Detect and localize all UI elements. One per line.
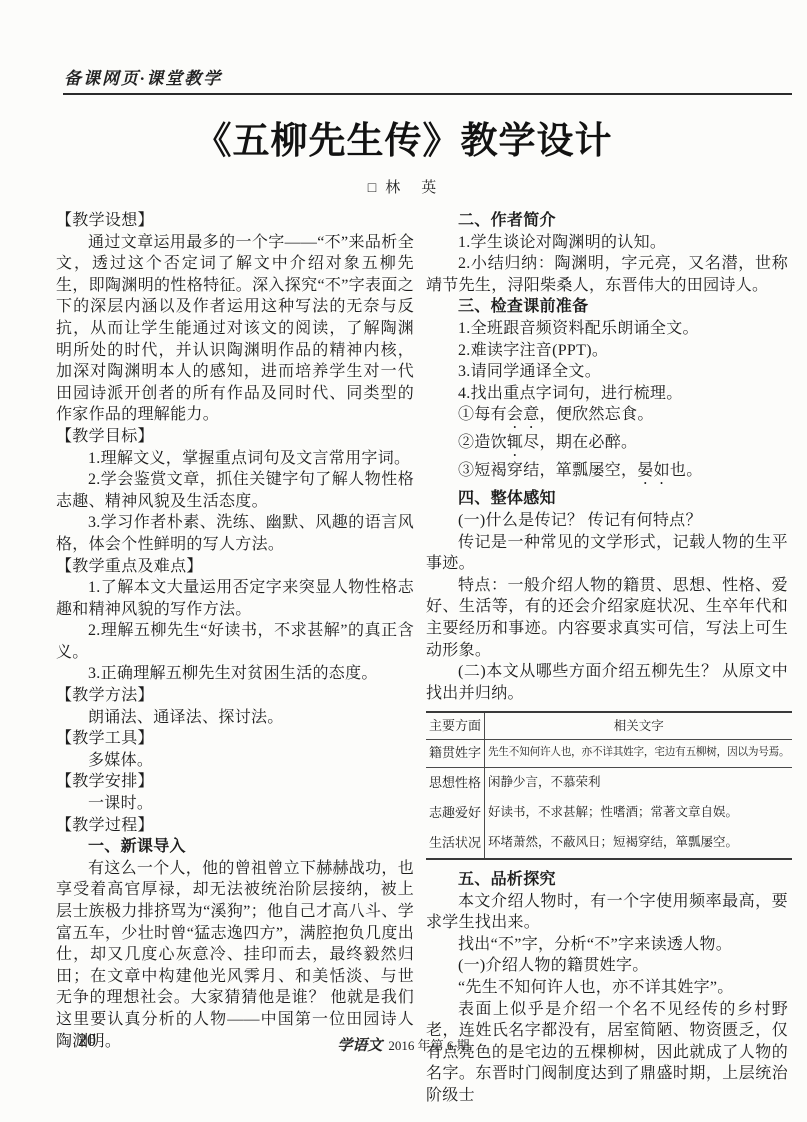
paragraph: 朗诵法、通译法、探讨法。 — [56, 707, 414, 729]
section-heading: 二、作者简介 — [426, 210, 788, 232]
paragraph: 本文介绍人物时，有一个字使用频率最高，要求学生找出来。 — [426, 891, 788, 934]
table-value-cell: 环堵萧然，不蔽风日；短褐穿结，箪瓢屡空。 — [485, 828, 793, 859]
table-label-cell: 思想性格 — [426, 767, 485, 798]
table-label-cell: 生活状况 — [426, 828, 485, 859]
journal-name: 学语文 — [337, 1038, 382, 1054]
list-item: 2.学会鉴赏文章，抓住关键字句了解人物性格志趣、精神风貌及生活态度。 — [56, 469, 414, 512]
section-heading: 五、品析探究 — [426, 869, 788, 891]
emphasized-text: 会意 — [507, 406, 540, 423]
paragraph: (一)介绍人物的籍贯姓字。 — [426, 955, 788, 977]
journal-footer: 学语文2016 年第 6 期 — [0, 1034, 807, 1055]
author-name: 林 英 — [385, 180, 439, 196]
journal-page: 备课网页·课堂教学 《五柳先生传》教学设计 □林 英 【教学设想】 通过文章运用… — [0, 0, 807, 1122]
header-rule — [63, 93, 792, 95]
paragraph: “先生不知何许人也，亦不详其姓字”。 — [426, 977, 788, 999]
list-item: 3.学习作者朴素、洗练、幽默、风趣的语言风格，体会个性鲜明的写人方法。 — [56, 512, 414, 555]
list-item: 1.学生谈论对陶渊明的认知。 — [426, 232, 788, 254]
section-heading: 三、检查课前准备 — [426, 296, 788, 318]
emphasized-text: 晏如 — [637, 462, 670, 479]
list-item: 1.全班跟音频资料配乐朗诵全文。 — [426, 318, 788, 340]
byline: □林 英 — [0, 176, 807, 197]
annotated-sentence: ③短褐穿结，箪瓢屡空，晏如也。 — [426, 460, 788, 488]
list-item: 2.小结归纳：陶渊明，字元亮，又名潜，世称靖节先生，浔阳柴桑人，东晋伟大的田园诗… — [426, 253, 788, 296]
table-row: 生活状况 环堵萧然，不蔽风日；短褐穿结，箪瓢屡空。 — [426, 828, 792, 859]
paragraph: 一课时。 — [56, 793, 414, 815]
paragraph: 找出“不”字，分析“不”字来读透人物。 — [426, 934, 788, 956]
list-item: 4.找出重点字词句，进行梳理。 — [426, 383, 788, 405]
list-item: 3.正确理解五柳先生对贫困生活的态度。 — [56, 663, 414, 685]
bracket-heading: 【教学重点及难点】 — [56, 556, 414, 578]
bracket-heading: 【教学目标】 — [56, 426, 414, 448]
emphasized-text: 辄 — [507, 434, 523, 451]
list-item: 2.理解五柳先生“好读书，不求甚解”的真正含义。 — [56, 620, 414, 663]
bracket-heading: 【教学工具】 — [56, 728, 414, 750]
paragraph: 传记是一种常见的文学形式，记载人物的生平事迹。 — [426, 532, 788, 575]
table-header-cell: 主要方面 — [426, 712, 485, 740]
paragraph: (二)本文从哪些方面介绍五柳先生？ 从原文中找出并归纳。 — [426, 661, 788, 704]
bracket-heading: 【教学设想】 — [56, 210, 414, 232]
paragraph: 特点：一般介绍人物的籍贯、思想、性格、爱好、生活等，有的还会介绍家庭状况、生卒年… — [426, 575, 788, 661]
paragraph: (一)什么是传记？ 传记有何特点？ — [426, 510, 788, 532]
section-heading: 四、整体感知 — [426, 488, 788, 510]
bracket-heading: 【教学安排】 — [56, 771, 414, 793]
list-item: 2.难读字注音(PPT)。 — [426, 340, 788, 362]
table-row: 志趣爱好 好读书，不求甚解；性嗜酒；常著文章自娱。 — [426, 798, 792, 828]
right-column: 二、作者简介 1.学生谈论对陶渊明的认知。 2.小结归纳：陶渊明，字元亮，又名潜… — [426, 210, 788, 1107]
table-value-cell: 先生不知何许人也，亦不详其姓字，宅边有五柳树，因以为号焉。 — [485, 740, 793, 767]
journal-section-label: 备课网页·课堂教学 — [64, 64, 222, 89]
content-table: 主要方面 相关文字 籍贯姓字 先生不知何许人也，亦不详其姓字，宅边有五柳树，因以… — [426, 711, 792, 860]
table-header-cell: 相关文字 — [485, 712, 793, 740]
bracket-heading: 【教学过程】 — [56, 815, 414, 837]
list-item: 1.理解文义，掌握重点词句及文言常用字词。 — [56, 448, 414, 470]
table-label-cell: 籍贯姓字 — [426, 740, 485, 767]
paragraph: 多媒体。 — [56, 750, 414, 772]
table-row: 籍贯姓字 先生不知何许人也，亦不详其姓字，宅边有五柳树，因以为号焉。 — [426, 740, 792, 767]
author-box-icon: □ — [368, 181, 379, 196]
annotated-sentence: ①每有会意，便欣然忘食。 — [426, 404, 788, 432]
annotated-sentence: ②造饮辄尽，期在必醉。 — [426, 432, 788, 460]
bracket-heading: 【教学方法】 — [56, 685, 414, 707]
paragraph: 通过文章运用最多的一个字——“不”来品析全文，透过这个否定词了解文中介绍对象五柳… — [56, 232, 414, 426]
table-value-cell: 闲静少言，不慕荣利 — [485, 767, 793, 798]
table-label-cell: 志趣爱好 — [426, 798, 485, 828]
article-title: 《五柳先生传》教学设计 — [0, 110, 807, 164]
table-header-row: 主要方面 相关文字 — [426, 712, 792, 740]
paragraph: 有这么一个人，他的曾祖曾立下赫赫战功，也享受着高官厚禄，却无法被统治阶层接纳，被… — [56, 858, 414, 1052]
left-column: 【教学设想】 通过文章运用最多的一个字——“不”来品析全文，透过这个否定词了解文… — [56, 210, 414, 1052]
table-value-cell: 好读书，不求甚解；性嗜酒；常著文章自娱。 — [485, 798, 793, 828]
list-item: 3.请同学通译全文。 — [426, 361, 788, 383]
table-row: 思想性格 闲静少言，不慕荣利 — [426, 767, 792, 798]
issue-info: 2016 年第 6 期 — [388, 1038, 469, 1053]
section-heading: 一、新课导入 — [56, 836, 414, 858]
list-item: 1.了解本文大量运用否定字来突显人物性格志趣和精神风貌的写作方法。 — [56, 577, 414, 620]
